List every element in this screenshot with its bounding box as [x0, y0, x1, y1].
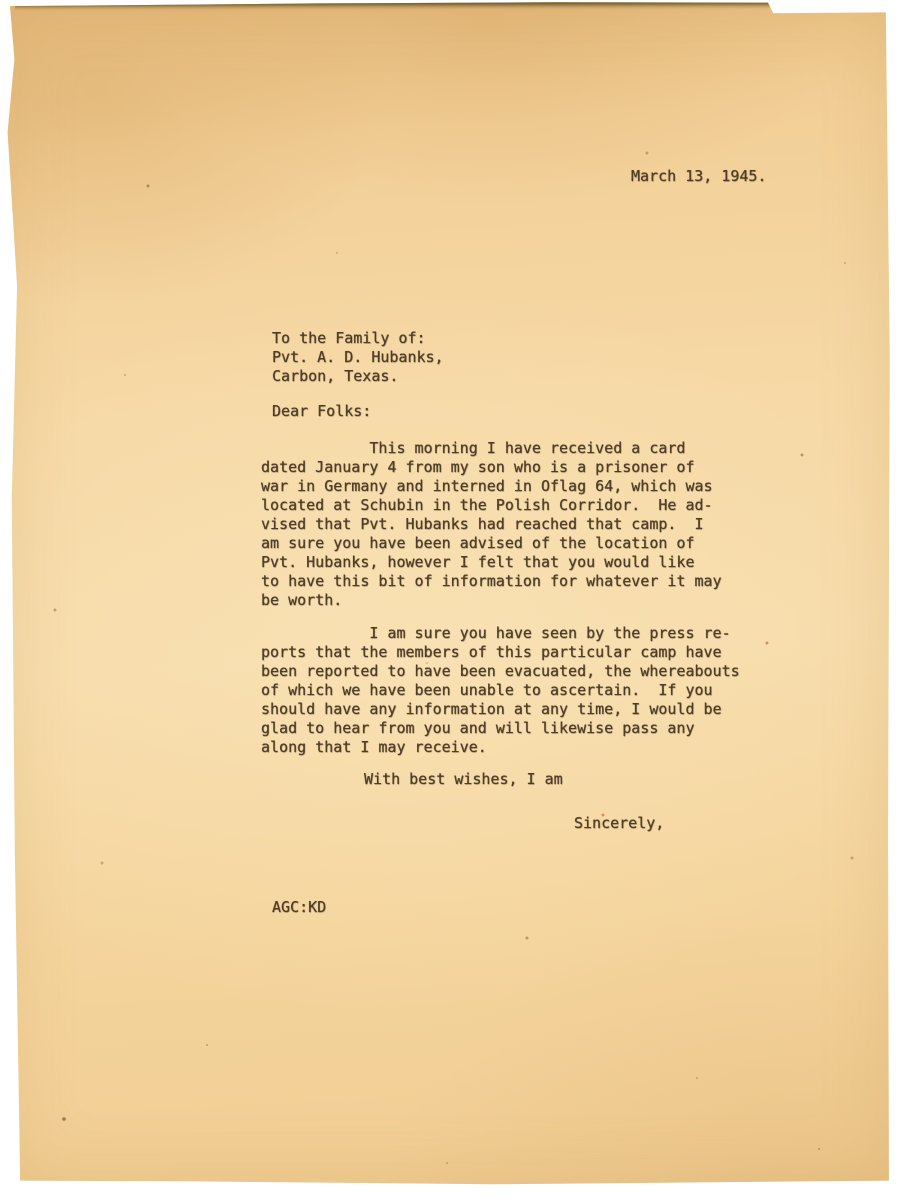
- paper-top-edge-shadow: [15, 1, 770, 12]
- letter-paper: March 13, 1945. To the Family of: Pvt. A…: [6, 2, 892, 1186]
- salutation: Dear Folks:: [272, 402, 371, 421]
- scanned-letter-page: March 13, 1945. To the Family of: Pvt. A…: [0, 0, 903, 1200]
- recipient-line-3: Carbon, Texas.: [272, 367, 444, 386]
- closing-line: With best wishes, I am: [364, 770, 563, 789]
- recipient-line-2: Pvt. A. D. Hubanks,: [272, 348, 444, 367]
- letter-date: March 13, 1945.: [631, 167, 766, 186]
- paper-texture-specks: [6, 2, 8, 4]
- recipient-address-block: To the Family of: Pvt. A. D. Hubanks, Ca…: [272, 329, 444, 386]
- recipient-line-1: To the Family of:: [272, 329, 444, 348]
- body-paragraph-2: I am sure you have seen by the press re-…: [261, 624, 740, 757]
- signature-signoff: Sincerely,: [574, 814, 664, 833]
- typist-reference-initials: AGC:KD: [272, 898, 326, 917]
- body-paragraph-1: This morning I have received a card date…: [261, 439, 722, 610]
